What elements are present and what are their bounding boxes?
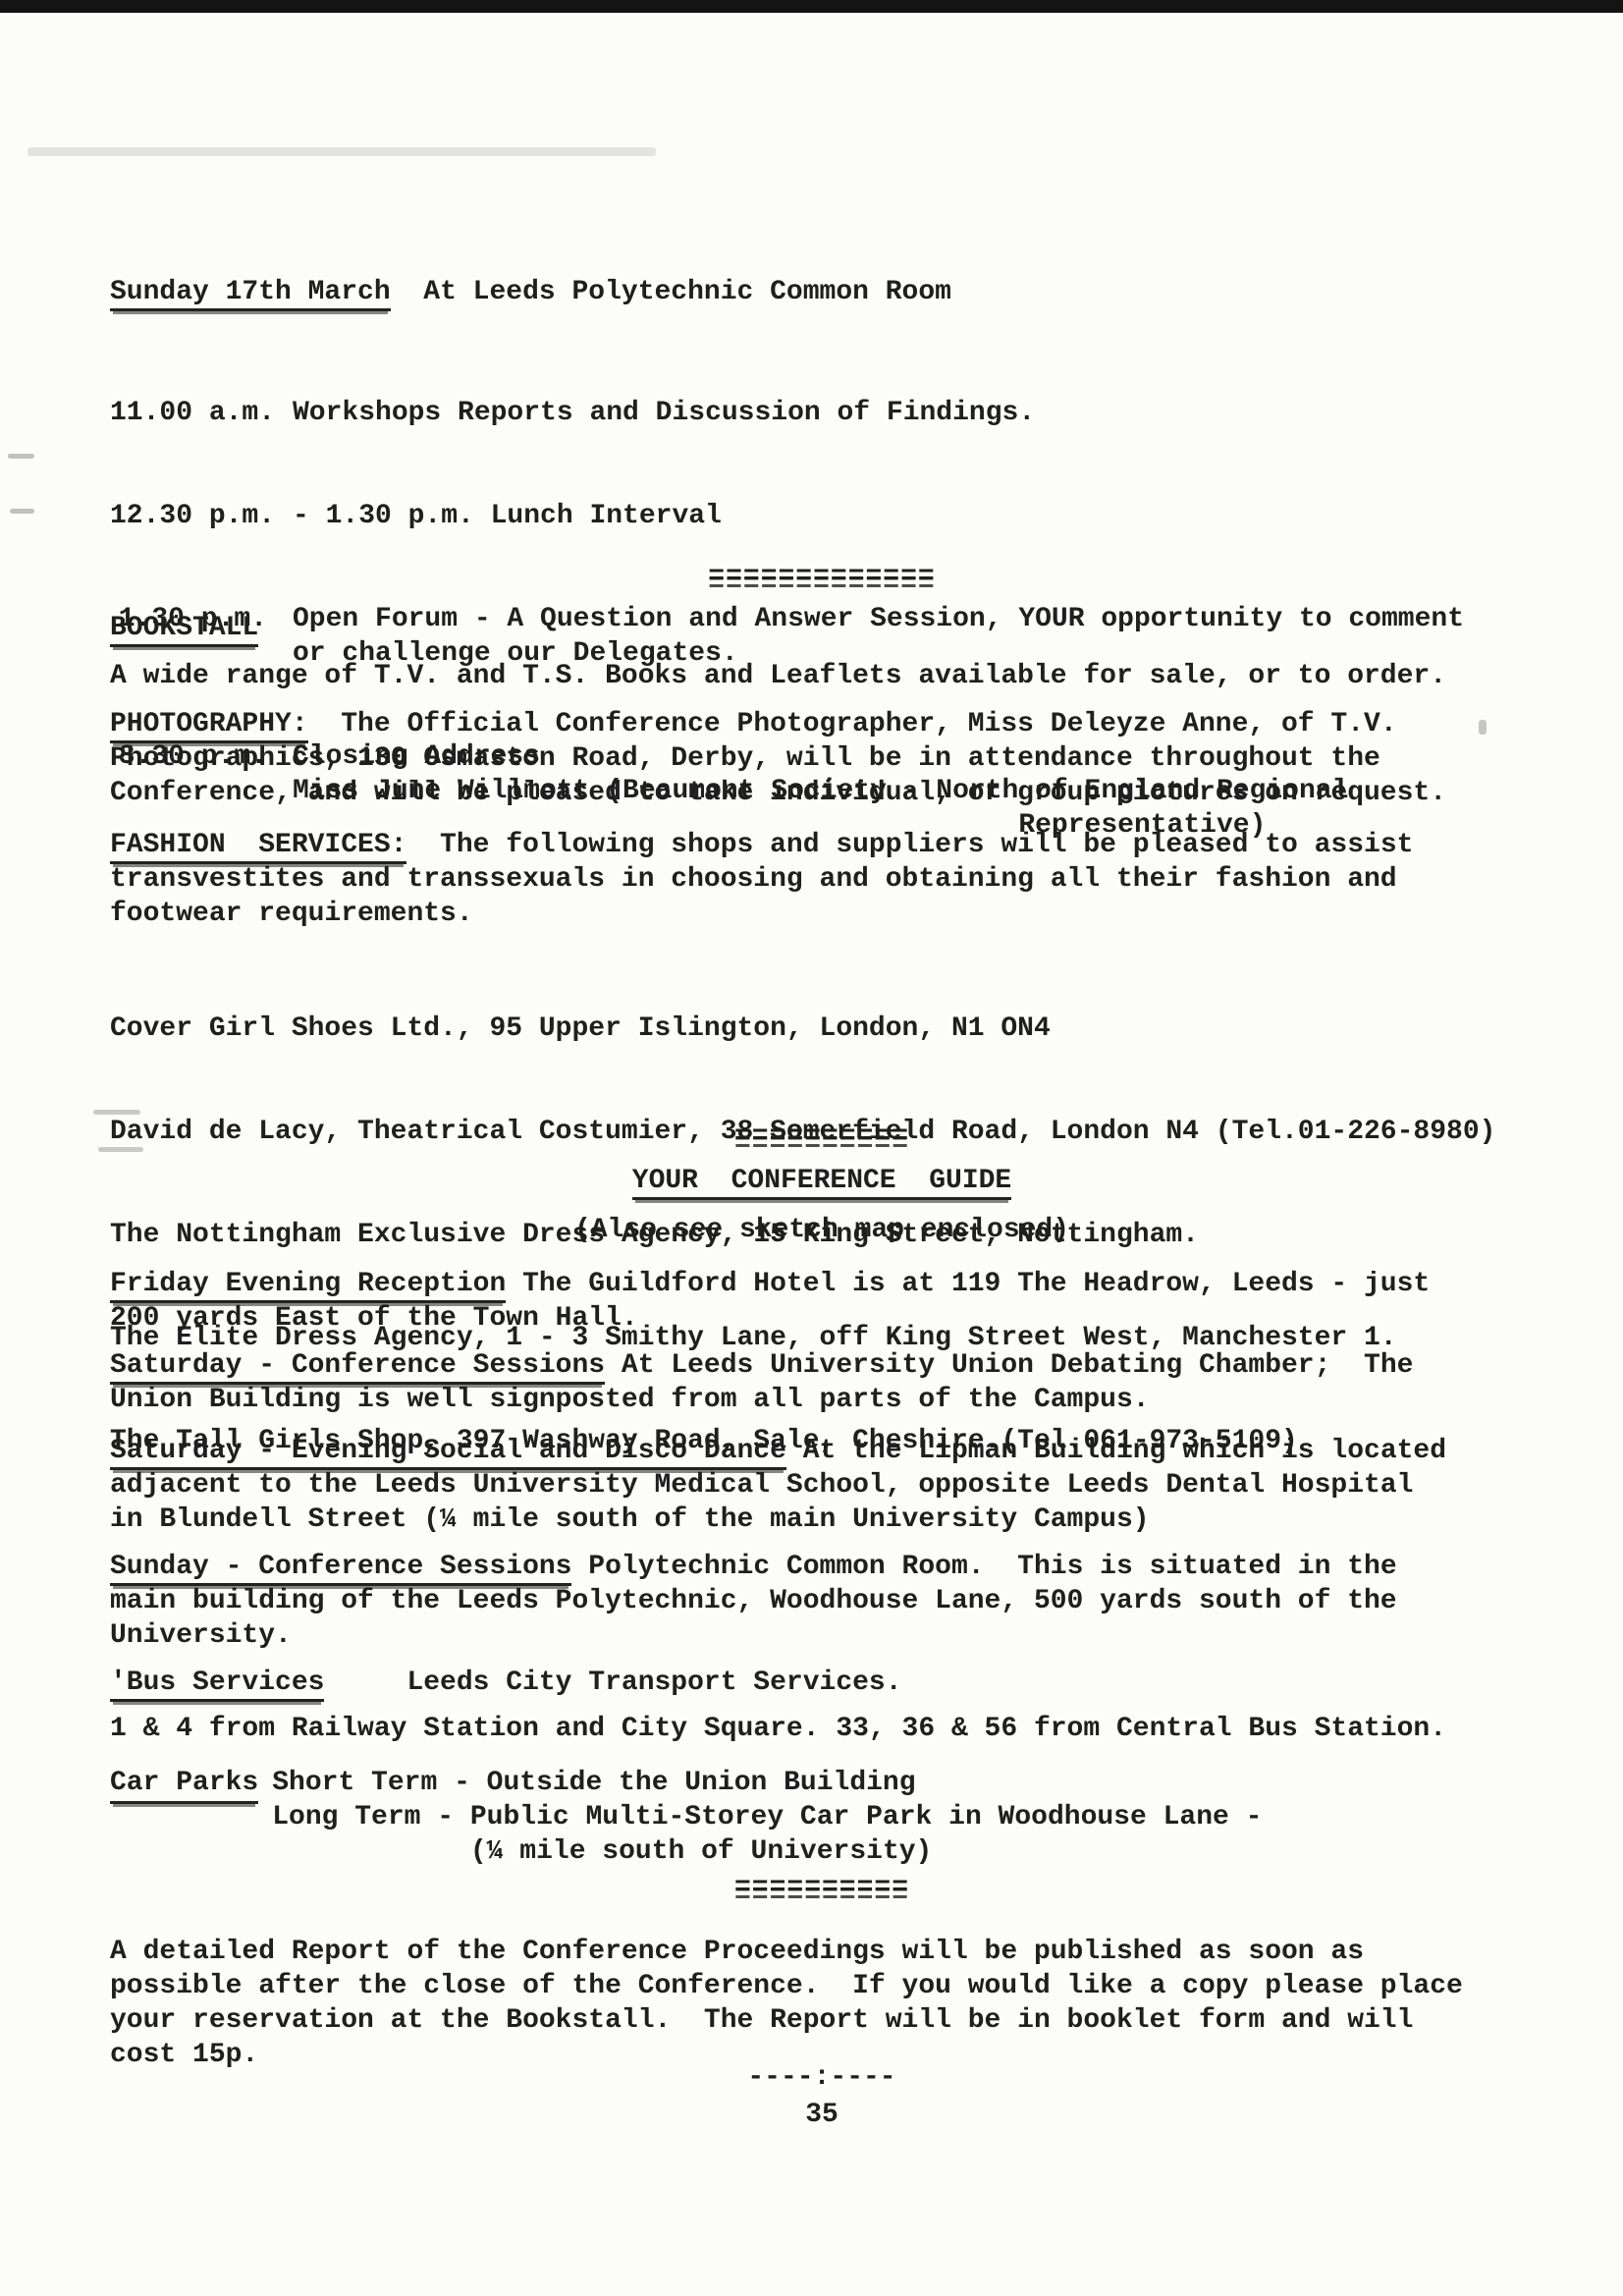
scan-artifact (27, 147, 656, 156)
guide-section-saturday-sessions: Saturday - Conference Sessions At Leeds … (110, 1348, 1534, 1417)
section-divider: ========== (110, 1120, 1534, 1154)
bus-routes-line: 1 & 4 from Railway Station and City Squa… (110, 1712, 1534, 1746)
bus-services-lead: 'Bus Services (110, 1667, 324, 1702)
scan-artifact (8, 454, 34, 459)
car-parks-body: Short Term - Outside the Union Building … (272, 1766, 1262, 1869)
bookstall-heading-text: BOOKSTALL (110, 613, 258, 647)
report-paragraph: A detailed Report of the Conference Proc… (110, 1935, 1534, 2072)
photography-paragraph: PHOTOGRAPHY: The Official Conference Pho… (110, 707, 1534, 810)
guide-section-lead: Sunday - Conference Sessions (110, 1552, 571, 1586)
guide-subtitle: (Also see sketch map enclosed) (110, 1213, 1534, 1247)
guide-section-lead: Saturday - Evening Social and Disco Danc… (110, 1436, 786, 1470)
schedule-time: 12.30 p.m. (110, 499, 267, 533)
fashion-services-lead: FASHION SERVICES: (110, 830, 406, 864)
fashion-services-paragraph: FASHION SERVICES: The following shops an… (110, 828, 1534, 931)
section-divider: ============= (110, 560, 1534, 594)
car-parks-lead: Car Parks (110, 1766, 258, 1804)
scan-artifact (10, 509, 34, 514)
guide-section-saturday-disco: Saturday - Evening Social and Disco Danc… (110, 1434, 1534, 1537)
divider-text: ========== (734, 1873, 909, 1903)
schedule-heading: Sunday 17th March At Leeds Polytechnic C… (110, 275, 1534, 309)
guide-section-friday-reception: Friday Evening Reception The Guildford H… (110, 1267, 1534, 1336)
car-parks-row: Car Parks Short Term - Outside the Union… (110, 1766, 1534, 1869)
photography-lead: PHOTOGRAPHY: (110, 709, 308, 743)
divider-text: ========== (734, 1121, 909, 1152)
guide-title-text: YOUR CONFERENCE GUIDE (632, 1166, 1011, 1200)
schedule-desc: Workshops Reports and Discussion of Find… (293, 396, 1035, 430)
bus-services-row: 'Bus Services Leeds City Transport Servi… (110, 1666, 1534, 1700)
bus-services-body: Leeds City Transport Services. (324, 1667, 901, 1698)
guide-section-sunday-sessions: Sunday - Conference Sessions Polytechnic… (110, 1550, 1534, 1653)
schedule-heading-location: At Leeds Polytechnic Common Room (391, 277, 951, 307)
photography-body: The Official Conference Photographer, Mi… (110, 709, 1446, 808)
scanned-document-page: Sunday 17th March At Leeds Polytechnic C… (0, 0, 1623, 2296)
schedule-row: 11.00 a.m. Workshops Reports and Discuss… (110, 396, 1534, 430)
bookstall-body: A wide range of T.V. and T.S. Books and … (110, 659, 1534, 693)
guide-section-lead: Saturday - Conference Sessions (110, 1350, 605, 1385)
end-divider: ----:---- (110, 2060, 1534, 2095)
guide-title: YOUR CONFERENCE GUIDE (110, 1164, 1534, 1198)
page-number: 35 (110, 2098, 1534, 2132)
schedule-desc: - 1.30 p.m. Lunch Interval (293, 499, 722, 533)
schedule-heading-date: Sunday 17th March (110, 277, 391, 311)
bookstall-heading: BOOKSTALL (110, 611, 1534, 645)
scan-top-bar (0, 0, 1623, 13)
section-divider: ========== (110, 1871, 1534, 1905)
guide-section-lead: Friday Evening Reception (110, 1269, 506, 1303)
supplier-line: Cover Girl Shoes Ltd., 95 Upper Islingto… (110, 1011, 1534, 1046)
schedule-row: 12.30 p.m. - 1.30 p.m. Lunch Interval (110, 499, 1534, 533)
schedule-time: 11.00 a.m. (110, 396, 267, 430)
divider-text: ============= (708, 562, 935, 592)
